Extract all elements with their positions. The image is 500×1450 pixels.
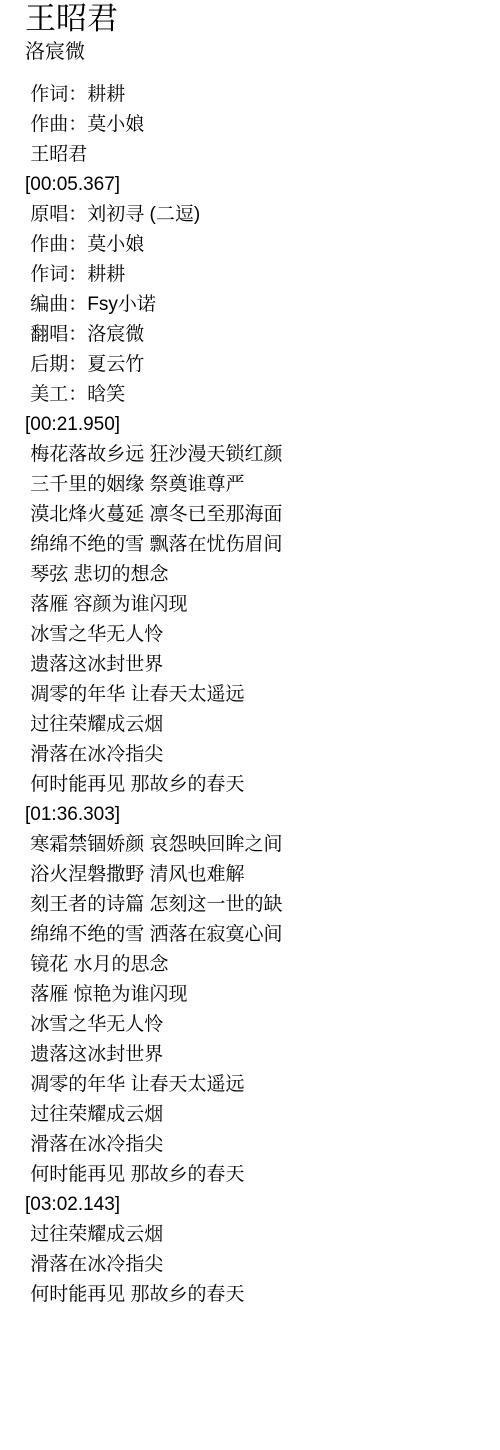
- artist-name: 洛宸微: [25, 38, 485, 66]
- lyric-line: 过往荣耀成云烟: [25, 710, 485, 740]
- lyric-line: 落雁 惊艳为谁闪现: [25, 980, 485, 1010]
- lyric-line: 寒霜禁锢娇颜 哀怨映回眸之间: [25, 830, 485, 860]
- timestamp-line: [00:21.950]: [25, 410, 485, 440]
- lyric-line: 浴火涅磐撒野 清风也难解: [25, 860, 485, 890]
- lyric-line: 琴弦 悲切的想念: [25, 560, 485, 590]
- lyric-line: 过往荣耀成云烟: [25, 1100, 485, 1130]
- lyric-line: 何时能再见 那故乡的春天: [25, 1160, 485, 1190]
- lyric-line: 过往荣耀成云烟: [25, 1220, 485, 1250]
- lyric-line: 编曲：Fsy小诺: [25, 290, 485, 320]
- lyric-line: 镜花 水月的思念: [25, 950, 485, 980]
- lyric-line: 冰雪之华无人怜: [25, 620, 485, 650]
- lyric-line: 凋零的年华 让春天太遥远: [25, 1070, 485, 1100]
- lyrics-list: 作词：耕耕 作曲：莫小娘 王昭君[00:05.367] 原唱：刘初寻 (二逗) …: [25, 80, 485, 1310]
- lyric-line: 作词：耕耕: [25, 260, 485, 290]
- lyric-line: 滑落在冰冷指尖: [25, 740, 485, 770]
- timestamp-line: [01:36.303]: [25, 800, 485, 830]
- lyric-line: 三千里的姻缘 祭奠谁尊严: [25, 470, 485, 500]
- lyric-line: 原唱：刘初寻 (二逗): [25, 200, 485, 230]
- lyric-line: 何时能再见 那故乡的春天: [25, 1280, 485, 1310]
- timestamp-line: [03:02.143]: [25, 1190, 485, 1220]
- lyric-line: 凋零的年华 让春天太遥远: [25, 680, 485, 710]
- lyric-line: 梅花落故乡远 狂沙漫天锁红颜: [25, 440, 485, 470]
- lyric-line: 滑落在冰冷指尖: [25, 1130, 485, 1160]
- song-title: 王昭君: [25, 0, 485, 38]
- lyric-line: 作曲：莫小娘: [25, 110, 485, 140]
- lyric-line: 美工：晗笑: [25, 380, 485, 410]
- lyric-line: 漠北烽火蔓延 凛冬已至那海面: [25, 500, 485, 530]
- lyric-line: 何时能再见 那故乡的春天: [25, 770, 485, 800]
- lyric-line: 滑落在冰冷指尖: [25, 1250, 485, 1280]
- lyric-line: 绵绵不绝的雪 洒落在寂寞心间: [25, 920, 485, 950]
- lyric-line: 作词：耕耕: [25, 80, 485, 110]
- lyric-line: 绵绵不绝的雪 飘落在忧伤眉间: [25, 530, 485, 560]
- lyric-line: 落雁 容颜为谁闪现: [25, 590, 485, 620]
- lyric-line: 作曲：莫小娘: [25, 230, 485, 260]
- lyric-line: 后期：夏云竹: [25, 350, 485, 380]
- timestamp-line: [00:05.367]: [25, 170, 485, 200]
- lyric-line: 遗落这冰封世界: [25, 1040, 485, 1070]
- lyric-line: 刻王者的诗篇 怎刻这一世的缺: [25, 890, 485, 920]
- lyric-line: 遗落这冰封世界: [25, 650, 485, 680]
- lyric-line: 冰雪之华无人怜: [25, 1010, 485, 1040]
- lyric-line: 翻唱：洛宸微: [25, 320, 485, 350]
- lyrics-page: 王昭君 洛宸微 作词：耕耕 作曲：莫小娘 王昭君[00:05.367] 原唱：刘…: [0, 0, 500, 1310]
- lyric-line: 王昭君: [25, 140, 485, 170]
